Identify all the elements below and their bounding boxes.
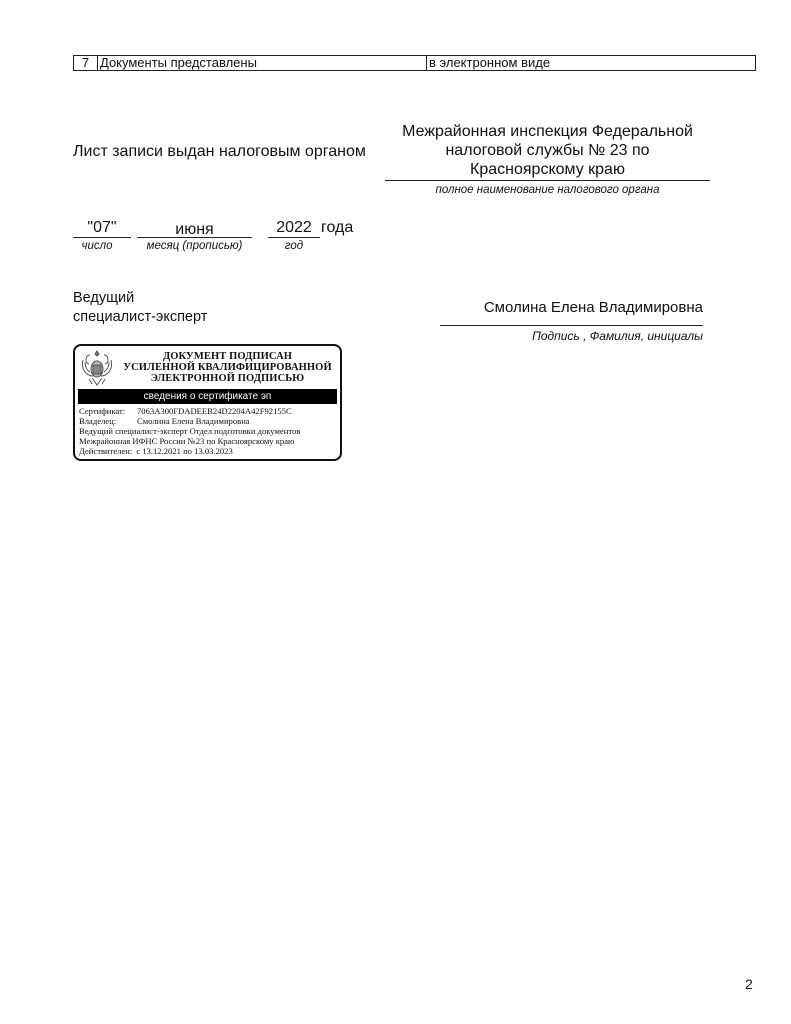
signer-position: Ведущий специалист-эксперт: [73, 289, 207, 327]
electronic-signature-stamp: ДОКУМЕНТ ПОДПИСАН УСИЛЕННОЙ КВАЛИФИЦИРОВ…: [73, 344, 342, 461]
certificate-value: 7063A300FDADEEB24D2204A42F92155C: [137, 406, 292, 416]
validity-label: Действителен:: [79, 446, 132, 456]
page-number: 2: [745, 976, 753, 992]
date-year-caption: год: [268, 240, 320, 252]
tax-organ-caption: полное наименование налогового органа: [385, 184, 710, 196]
owner-value: Смолина Елена Владимировна: [137, 416, 250, 426]
validity-row: Действителен: с 13.12.2021 по 13.03.2023: [79, 446, 339, 456]
owner-organization: Межрайонная ИФНС России №23 по Красноярс…: [79, 436, 339, 446]
signer-full-name: Смолина Елена Владимировна: [440, 299, 703, 316]
date-year: 2022: [268, 219, 320, 237]
signature-caption: Подпись , Фамилия, инициалы: [440, 329, 703, 343]
validity-value: с 13.12.2021 по 13.03.2023: [136, 446, 233, 456]
tax-organ-name-line: Красноярскому краю: [385, 160, 710, 179]
certificate-row: Сертификат: 7063A300FDADEEB24D2204A42F92…: [79, 406, 339, 416]
date-year-suffix: года: [321, 219, 353, 237]
certificate-details: Сертификат: 7063A300FDADEEB24D2204A42F92…: [79, 406, 339, 456]
issued-by-label: Лист записи выдан налоговым органом: [73, 143, 366, 161]
documents-table-row: 7 Документы представлены в электронном в…: [73, 55, 756, 71]
owner-row: Владелец: Смолина Елена Владимировна: [79, 416, 339, 426]
tax-organ-underline: [385, 180, 710, 181]
date-year-underline: [268, 237, 320, 238]
owner-label: Владелец:: [79, 416, 137, 426]
tax-organ-name: Межрайонная инспекция Федеральной налого…: [385, 122, 710, 179]
stamp-title-line: ДОКУМЕНТ ПОДПИСАН: [115, 351, 340, 362]
signature-underline: [440, 325, 703, 326]
signer-position-line: Ведущий: [73, 289, 207, 308]
date-day-underline: [73, 237, 131, 238]
signer-position-line: специалист-эксперт: [73, 308, 207, 327]
date-month-underline: [137, 237, 252, 238]
owner-position: Ведущий специалист-эксперт Отдел подгото…: [79, 426, 339, 436]
row-number: 7: [74, 56, 98, 70]
tax-organ-name-line: налоговой службы № 23 по: [385, 141, 710, 160]
date-month-caption: месяц (прописью): [137, 240, 252, 252]
stamp-title-line: ЭЛЕКТРОННОЙ ПОДПИСЬЮ: [115, 373, 340, 384]
certificate-label: Сертификат:: [79, 406, 137, 416]
row-value: в электронном виде: [427, 56, 755, 70]
tax-organ-name-line: Межрайонная инспекция Федеральной: [385, 122, 710, 141]
certificate-info-bar: сведения о сертификате эп: [78, 389, 337, 404]
russian-coat-of-arms-icon: [79, 348, 115, 388]
date-day-caption: число: [73, 240, 121, 252]
row-name: Документы представлены: [98, 56, 427, 70]
stamp-title-line: УСИЛЕННОЙ КВАЛИФИЦИРОВАННОЙ: [115, 362, 340, 373]
date-day: "07": [73, 219, 131, 237]
stamp-title: ДОКУМЕНТ ПОДПИСАН УСИЛЕННОЙ КВАЛИФИЦИРОВ…: [115, 351, 340, 384]
